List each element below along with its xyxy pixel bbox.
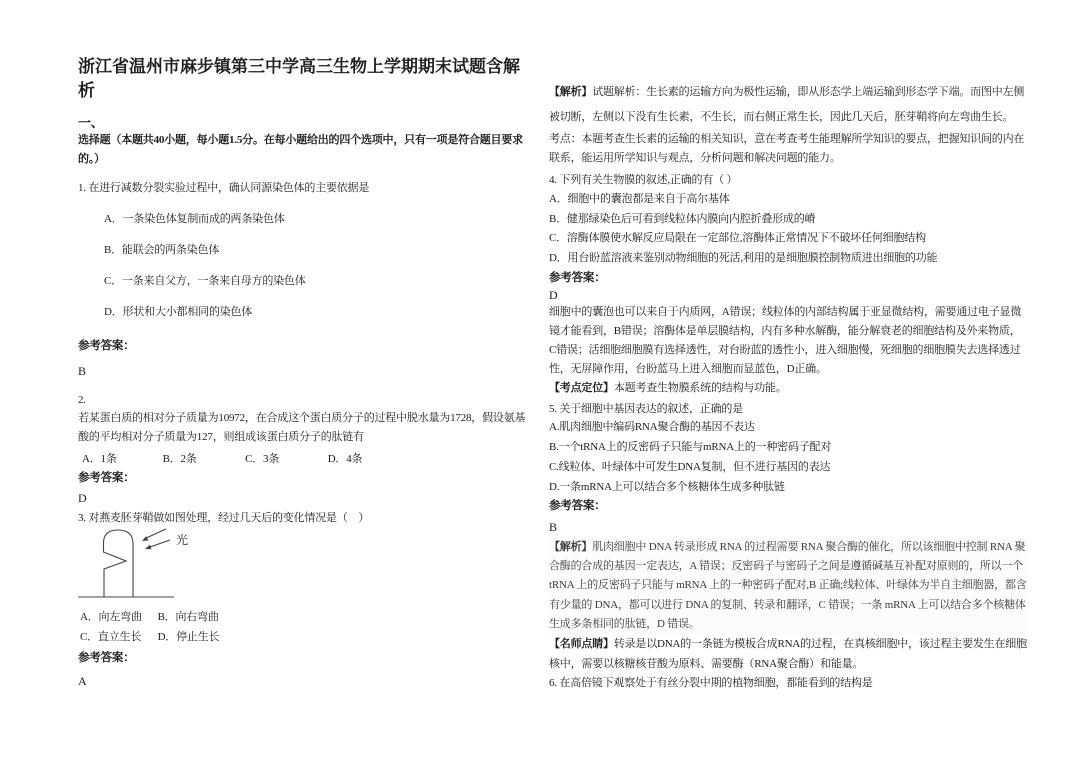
q5-jiexi-paragraph: 【解析】肌肉细胞中 DNA 转录形成 RNA 的过程需要 RNA 聚合酶的催化，…	[549, 538, 1027, 634]
figure-coleoptile-outline	[104, 530, 134, 597]
q4-stem: 4. 下列有关生物膜的叙述,正确的有（ ）	[549, 171, 1027, 190]
q3-option-c: C．直立生长	[80, 629, 155, 646]
q4-answer: D	[549, 288, 1027, 303]
q5-stem: 5. 关于细胞中基因表达的叙述，正确的是	[549, 401, 1027, 417]
jiexi-tag: 【解析】	[549, 541, 592, 553]
q4-option-d: D．用台盼蓝溶液来鉴别动物细胞的死活,利用的是细胞膜控制物质进出细胞的功能	[549, 249, 1027, 269]
q4-option-a: A．细胞中的囊泡都是来自于高尔基体	[549, 190, 1027, 210]
q2-number: 2.	[78, 392, 528, 409]
q1-option-b: B．能联会的两条染色体	[104, 241, 528, 259]
q1-option-a: A．一条染色体复制而成的两条染色体	[104, 210, 528, 228]
q4-explanation: 细胞中的囊泡也可以来自于内质网，A错误；线粒体的内部结构属于亚显微结构，需要通过…	[549, 303, 1027, 379]
page-title: 浙江省温州市麻步镇第三中学高三生物上学期期末试题含解析	[78, 55, 528, 103]
q5-option-d: D.一条mRNA上可以结合多个核糖体生成多种肽链	[549, 477, 1027, 497]
q2-option-a: A．1条	[82, 451, 160, 468]
light-arrow-1	[144, 529, 166, 539]
section-marker: 一、	[78, 115, 528, 131]
q5-answer-label: 参考答案：	[549, 497, 1027, 515]
exam-document-page: 浙江省温州市麻步镇第三中学高三生物上学期期末试题含解析 一、 选择题（本题共40…	[0, 0, 1071, 758]
q3-answer-label: 参考答案：	[78, 649, 528, 667]
mingshi-tag: 【名师点睛】	[549, 638, 614, 650]
q2-options-row: A．1条 B．2条 C．3条 D．4条	[78, 451, 528, 468]
light-label: 光	[176, 532, 188, 547]
q5-mingshi-paragraph: 【名师点睛】转录是以DNA的一条链为模板合成RNA的过程，在真核细胞中，该过程主…	[549, 634, 1027, 674]
light-arrow-2-head	[145, 545, 152, 550]
q4-option-b: B．健那绿染色后可看到线粒体内膜向内腔折叠形成的嵴	[549, 210, 1027, 230]
analysis-tag: 【解析】	[549, 86, 592, 98]
left-column: 浙江省温州市麻步镇第三中学高三生物上学期期末试题含解析 一、 选择题（本题共40…	[78, 55, 528, 689]
q5-option-c: C.线粒体、叶绿体中可发生DNA复制，但不进行基因的表达	[549, 457, 1027, 477]
q1-answer: B	[78, 362, 528, 380]
section-description: 选择题（本题共40小题，每小题1.5分。在每小题给出的四个选项中，只有一项是符合…	[78, 131, 528, 169]
q3-options-row-1: A．向左弯曲 B．向右弯曲	[78, 609, 528, 626]
q2-option-c: C．3条	[245, 451, 325, 468]
q3-option-a: A．向左弯曲	[80, 609, 155, 626]
q3-kaodian-paragraph: 考点：本题考查生长素的运输的相关知识，意在考查考生能理解所学知识的要点，把握知识…	[549, 130, 1027, 168]
right-column: 【解析】试题解析：生长素的运输方向为极性运输，即从形态学上端运输到形态学下端。而…	[549, 80, 1027, 692]
q4-answer-label: 参考答案：	[549, 269, 1027, 287]
q3-analysis-paragraph: 【解析】试题解析：生长素的运输方向为极性运输，即从形态学上端运输到形态学下端。而…	[549, 80, 1027, 130]
q3-coleoptile-figure: 光	[78, 519, 268, 604]
q3-analysis-text: 试题解析：生长素的运输方向为极性运输，即从形态学上端运输到形态学下端。而图中左侧…	[549, 86, 1024, 123]
q4-kaodian-text: 本题考查生物膜系统的结构与功能。	[614, 382, 787, 394]
q1-answer-label: 参考答案：	[78, 337, 528, 355]
q3-answer: A	[78, 673, 528, 689]
q2-option-b: B．2条	[163, 451, 243, 468]
q2-answer-label: 参考答案：	[78, 469, 528, 487]
q6-stem: 6. 在高倍镜下观察处于有丝分裂中期的植物细胞，都能看到的结构是	[549, 674, 1027, 692]
q3-option-b: B．向右弯曲	[158, 611, 219, 623]
q2-option-d: D．4条	[328, 451, 363, 468]
kaodian-tag: 【考点定位】	[549, 382, 614, 394]
q5-option-a: A.肌肉细胞中编码RNA聚合酶的基因不表达	[549, 417, 1027, 437]
q3-options-row-2: C．直立生长 D．停止生长	[78, 629, 528, 646]
q3-option-d: D．停止生长	[158, 631, 220, 643]
q5-mingshi-text: 转录是以DNA的一条链为模板合成RNA的过程，在真核细胞中，该过程主要发生在细胞…	[549, 638, 1027, 670]
q5-answer: B	[549, 519, 1027, 535]
q4-kaodian-paragraph: 【考点定位】本题考查生物膜系统的结构与功能。	[549, 379, 1027, 398]
q5-jiexi-text: 肌肉细胞中 DNA 转录形成 RNA 的过程需要 RNA 聚合酶的催化，所以该细…	[549, 541, 1027, 630]
q3-figure: 光	[78, 519, 528, 604]
q5-option-b: B.一个tRNA上的反密码子只能与mRNA上的一种密码子配对	[549, 437, 1027, 457]
q1-option-d: D．形状和大小都相同的染色体	[104, 303, 528, 321]
q2-stem: 若某蛋白质的相对分子质量为10972，在合成这个蛋白质分子的过程中脱水量为172…	[78, 409, 528, 447]
q1-stem: 1. 在进行减数分裂实验过程中，确认同源染色体的主要依据是	[78, 179, 528, 197]
q2-answer: D	[78, 490, 528, 506]
q4-option-c: C．溶酶体膜使水解反应局限在一定部位,溶酶体正常情况下不破坏任何细胞结构	[549, 229, 1027, 249]
q1-option-c: C．一条来自父方，一条来自母方的染色体	[104, 272, 528, 290]
